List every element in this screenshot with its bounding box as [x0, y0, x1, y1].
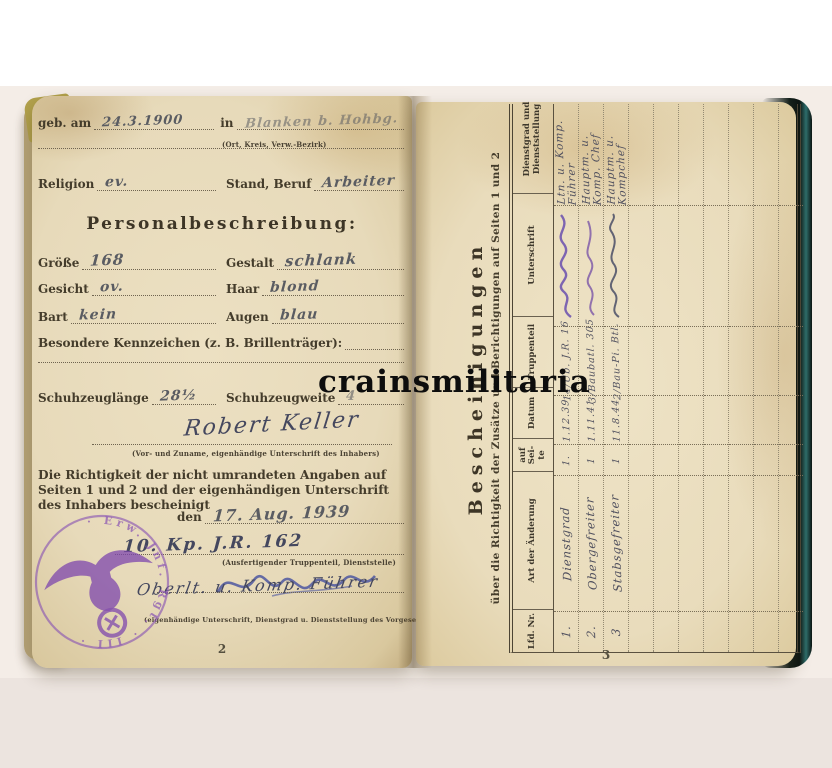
bart-label: Bart: [38, 310, 68, 324]
signature-caption: (Vor- und Zuname, eigenhändige Unterschr…: [132, 449, 380, 458]
gestalt-value: schlank: [284, 250, 357, 271]
owner-signature: Robert Keller: [162, 412, 382, 437]
cell-dienstgrad: Hauptm. u. Kompchef: [603, 98, 629, 205]
gesicht-value: ov.: [99, 279, 124, 296]
birth-date-value: 24.3.1900: [102, 113, 184, 131]
cell-nr: 2.: [584, 625, 598, 639]
cell-dienstgrad: Ltn. u. Komp. Führer: [553, 98, 579, 205]
table-row-empty: [679, 104, 704, 652]
kennzeichen-label: Besondere Kennzeichen (z. B. Brillenträg…: [38, 336, 342, 350]
col-auf-seite: auf Sei- te: [513, 439, 553, 472]
in-label: in: [220, 116, 233, 130]
col-dienstgrad: Dienstgrad und Dienststellung: [513, 85, 553, 194]
page-number-3: 3: [416, 648, 796, 662]
schuhlaenge-label: Schuhzeuglänge: [38, 391, 149, 405]
beruf-value: Arbeiter: [322, 173, 396, 192]
cell-seite: 1.: [560, 454, 571, 466]
cell-seite: 1: [610, 456, 621, 464]
ruled-line: [38, 362, 404, 363]
table-row-empty: [704, 104, 729, 652]
table-row: 3 Stabsgefreiter 1 11.8.44 2/Bau-Pi. Btl…: [604, 104, 629, 652]
ruled-line: [38, 148, 404, 149]
signature-line: [92, 444, 392, 445]
cell-truppenteil: 2/Bau-Pi. Btl.: [609, 322, 623, 400]
groesse-value: 168: [90, 250, 126, 269]
religion-beruf-row: Religion ev. Stand, Beruf Arbeiter: [38, 174, 404, 191]
cell-dienstgrad: Hauptm. u. Komp. Chef: [578, 98, 604, 205]
cell-art: Dienstgrad: [558, 506, 575, 582]
haar-label: Haar: [226, 282, 259, 296]
bart-augen-row: Bart kein Augen blau: [38, 307, 404, 324]
watermark: crainsmilitaria: [318, 364, 591, 400]
bart-value: kein: [78, 306, 117, 323]
table-row-empty: [629, 104, 654, 652]
beruf-label: Stand, Beruf: [226, 177, 311, 191]
cert-date-value: 17. Aug. 1939: [212, 502, 351, 526]
augen-label: Augen: [226, 310, 269, 324]
den-label: den: [177, 510, 202, 524]
cell-seite: 1: [585, 456, 596, 464]
col-lfd-nr: Lfd. Nr.: [513, 610, 553, 652]
date-row: den 17. Aug. 1939: [177, 504, 404, 524]
signature-scribble: [605, 211, 627, 321]
schuhlaenge-value: 28½: [159, 387, 197, 404]
geb-am-label: geb. am: [38, 116, 91, 130]
cell-nr: 1.: [559, 625, 573, 639]
religion-label: Religion: [38, 177, 94, 191]
table-row-empty: [754, 104, 779, 652]
col-art-der-aenderung: Art der Änderung: [513, 472, 553, 610]
cell-datum: 1.12.39: [560, 398, 573, 442]
gesicht-label: Gesicht: [38, 282, 89, 296]
table-row-empty: [779, 104, 803, 652]
gesicht-haar-row: Gesicht ov. Haar blond: [38, 279, 404, 296]
groesse-gestalt-row: Größe 168 Gestalt schlank: [38, 251, 404, 270]
groesse-label: Größe: [38, 256, 79, 270]
signature-scribble: [555, 211, 577, 321]
cell-datum: 11.8.44: [610, 398, 623, 442]
table-row-empty: [654, 104, 679, 652]
cell-datum: 1.11.41: [585, 398, 598, 442]
kennzeichen-row: Besondere Kennzeichen (z. B. Brillenträg…: [38, 335, 404, 350]
religion-value: ev.: [105, 174, 130, 191]
table-row-empty: [729, 104, 754, 652]
col-unterschrift: Unterschrift: [513, 194, 553, 317]
augen-value: blau: [279, 306, 318, 323]
cell-art: Obergefreiter: [582, 496, 599, 590]
signature-scribble: [580, 211, 602, 321]
birth-place-value: Blanken b. Hohbg.: [244, 111, 398, 131]
gestalt-label: Gestalt: [226, 256, 274, 270]
cell-nr: 3: [609, 627, 623, 636]
cell-art: Stabsgefreiter: [607, 494, 624, 593]
haar-value: blond: [270, 278, 321, 296]
scanner-background-bottom: [0, 678, 832, 768]
personalbeschreibung-heading: Personalbeschreibung:: [32, 214, 412, 234]
birth-row: geb. am 24.3.1900 in Blanken b. Hohbg.: [38, 114, 404, 130]
